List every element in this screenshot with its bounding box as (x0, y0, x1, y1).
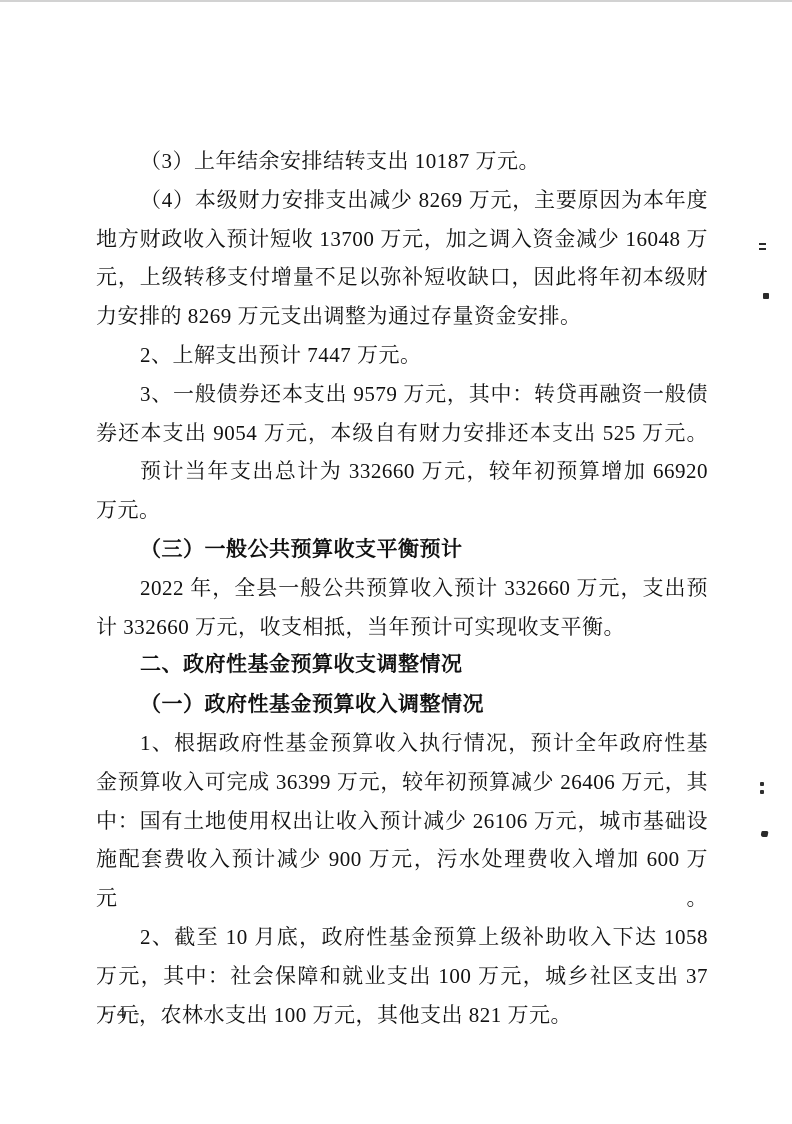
scan-speck (763, 293, 769, 299)
text-line: 2022 年，全县一般公共预算收入预计 332660 万元，支出预 (96, 569, 708, 608)
page-top-edge (0, 0, 792, 2)
text-line: 金预算收入可完成 36399 万元，较年初预算减少 26406 万元，其 (96, 763, 708, 802)
scan-speck (760, 782, 764, 786)
text-line: 中：国有土地使用权出让收入预计减少 26106 万元，城市基础设 (96, 802, 708, 841)
text-line: 券还本支出 9054 万元，本级自有财力安排还本支出 525 万元。 (96, 414, 708, 453)
text-line: 预计当年支出总计为 332660 万元，较年初预算增加 66920 (96, 452, 708, 491)
text-line: 地方财政收入预计短收 13700 万元，加之调入资金减少 16048 万 (96, 220, 708, 259)
text-line: 万元。 (96, 491, 708, 530)
text-line: 施配套费收入预计减少 900 万元，污水处理费收入增加 600 万元。 (96, 840, 708, 918)
text-block: （3）上年结余安排结转支出 10187 万元。（4）本级财力安排支出减少 826… (96, 142, 708, 1034)
text-line: 3、一般债券还本支出 9579 万元，其中：转贷再融资一般债 (96, 375, 708, 414)
document-page: （3）上年结余安排结转支出 10187 万元。（4）本级财力安排支出减少 826… (0, 0, 792, 1124)
page-number: - 4 - (103, 1002, 141, 1024)
text-line: （4）本级财力安排支出减少 8269 万元，主要原因为本年度 (96, 181, 708, 220)
text-line: 元，上级转移支付增量不足以弥补短收缺口，因此将年初本级财 (96, 258, 708, 297)
text-line: 力安排的 8269 万元支出调整为通过存量资金安排。 (96, 297, 708, 336)
text-line: （三）一般公共预算收支平衡预计 (96, 530, 708, 569)
text-line: 万元，其中：社会保障和就业支出 100 万元，城乡社区支出 37 (96, 957, 708, 996)
text-line: 万元，农林水支出 100 万元，其他支出 821 万元。 (96, 996, 708, 1035)
text-line: （3）上年结余安排结转支出 10187 万元。 (96, 142, 708, 181)
text-line: 二、政府性基金预算收支调整情况 (96, 646, 708, 685)
text-line: 2、上解支出预计 7447 万元。 (96, 336, 708, 375)
scan-speck (759, 243, 766, 253)
text-line: 1、根据政府性基金预算收入执行情况，预计全年政府性基 (96, 724, 708, 763)
text-line: （一）政府性基金预算收入调整情况 (96, 685, 708, 724)
text-line: 计 332660 万元，收支相抵，当年预计可实现收支平衡。 (96, 608, 708, 647)
scan-speck (760, 831, 768, 837)
text-line: 2、截至 10 月底，政府性基金预算上级补助收入下达 1058 (96, 918, 708, 957)
